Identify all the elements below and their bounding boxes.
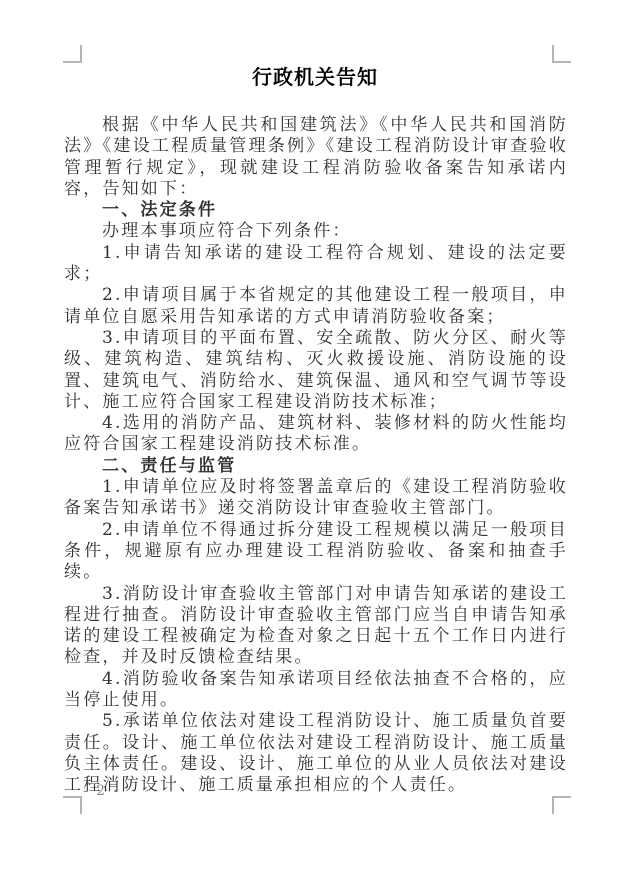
page-title: 行政机关告知 (63, 64, 567, 90)
section2-item-4: 4.消防验收备案告知承诺项目经依法抽查不合格的，应当停止使用。 (64, 669, 568, 712)
document-page: 行政机关告知 根据《中华人民共和国建筑法》《中华人民共和国消防法》《建设工程质量… (0, 0, 630, 872)
section1-item-4: 4.选用的消防产品、建筑材料、装修材料的防火性能均应符合国家工程建设消防技术标准… (64, 413, 568, 456)
section2-item-2: 2.申请单位不得通过拆分建设工程规模以满足一般项目条件，规避原有应办理建设工程消… (64, 520, 568, 584)
section2-item-3: 3.消防设计审查验收主管部门对申请告知承诺的建设工程进行抽查。消防设计审查验收主… (64, 584, 568, 669)
section2-item-5: 5.承诺单位依法对建设工程消防设计、施工质量负首要责任。设计、施工单位依法对建设… (64, 711, 568, 796)
crop-mark-top-right-icon (552, 45, 571, 63)
section1-item-3: 3.申请项目的平面布置、安全疏散、防火分区、耐火等级、建筑构造、建筑结构、灭火救… (64, 328, 568, 413)
section1-item-2: 2.申请项目属于本省规定的其他建设工程一般项目，申请单位自愿采用告知承诺的方式申… (64, 285, 568, 328)
document-body: 根据《中华人民共和国建筑法》《中华人民共和国消防法》《建设工程质量管理条例》《建… (64, 115, 568, 797)
intro-paragraph: 根据《中华人民共和国建筑法》《中华人民共和国消防法》《建设工程质量管理条例》《建… (64, 115, 568, 200)
crop-mark-bottom-right-icon (552, 796, 571, 814)
section2-item-1: 1.申请单位应及时将签署盖章后的《建设工程消防验收备案告知承诺书》递交消防设计审… (64, 477, 568, 520)
section1-lead: 办理本事项应符合下列条件： (64, 221, 568, 242)
section1-heading: 一、法定条件 (64, 200, 568, 221)
section2-heading: 二、责任与监管 (64, 456, 568, 477)
crop-mark-bottom-left-icon (63, 796, 82, 814)
section1-item-1: 1.申请告知承诺的建设工程符合规划、建设的法定要求； (64, 243, 568, 286)
page-number: - 2 - (83, 783, 120, 799)
crop-mark-top-left-icon (63, 45, 82, 63)
